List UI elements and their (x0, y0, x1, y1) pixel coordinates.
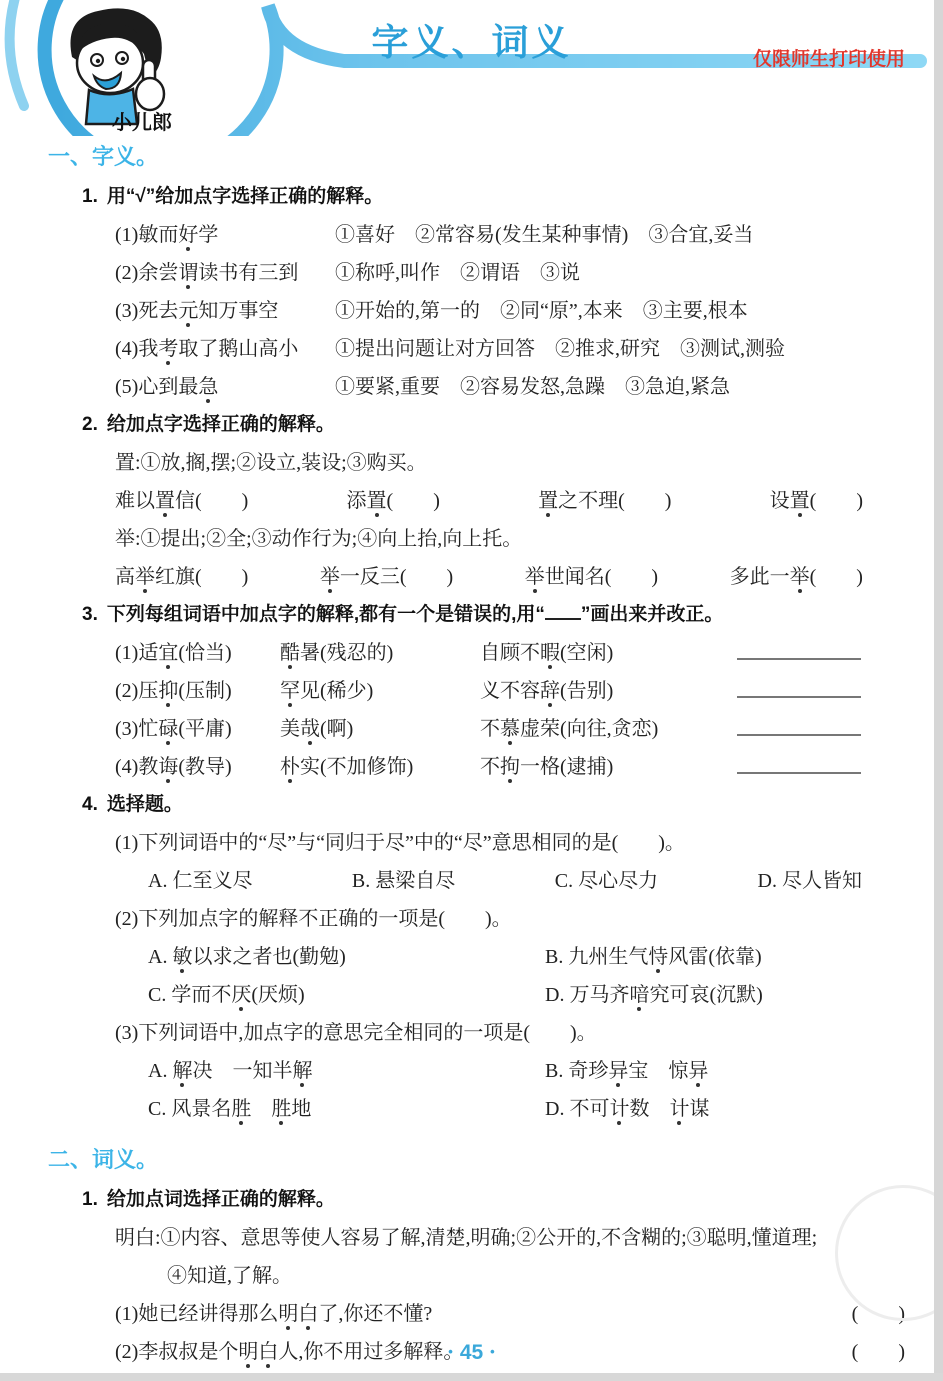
choice-row-2: A. 敏以求之者也(勤勉)B. 九州生气恃风雷(依靠) (148, 945, 910, 969)
gloss-item: 不慕虚荣(向往,贪恋) (480, 717, 658, 741)
emphasized-char: 罕 (280, 680, 300, 702)
text-segment: C. 学而不厌(厌烦) (148, 984, 305, 1006)
text-segment: (1)下列词语中的“尽”与“同归于尽”中的“尽”意思相同的是( )。 (115, 832, 685, 854)
text-segment: 酷暑(残忍的) (280, 642, 393, 664)
emphasized-char: 谓 (178, 262, 198, 284)
question-number: 2. (82, 414, 98, 435)
emphasized-char: 宜 (158, 642, 178, 664)
emphasized-char: 朴 (280, 756, 300, 778)
gloss-item: (2)压抑(压制) (115, 679, 280, 703)
emphasized-char: 诲 (158, 756, 178, 778)
text-segment: (5)心到最急 (115, 376, 218, 398)
text-segment: D. 万马齐喑究可哀(沉默) (545, 984, 763, 1006)
term-options-row: (1)敏而好学①喜好 ②常容易(发生某种事情) ③合宜,妥当 (115, 223, 910, 247)
text-segment: 用“√”给加点字选择正确的解释。 (107, 186, 383, 207)
term-cell: (4)我考取了鹅山高小 (115, 337, 335, 361)
sentence-text: (1)她已经讲得那么明白了,你还不懂? (115, 1302, 432, 1326)
emphasized-char: 白 (298, 1303, 318, 1325)
choice-row-2: C. 学而不厌(厌烦)D. 万马齐喑究可哀(沉默) (148, 983, 910, 1007)
text-segment: (4)教诲(教导) (115, 756, 232, 778)
gloss-item: 不拘一格(逮捕) (480, 755, 613, 779)
text-segment: ①要紧,重要 ②容易发怒,急躁 ③急迫,紧急 (335, 376, 730, 398)
emphasized-char: 胜 (271, 1098, 291, 1120)
term-options-row: (4)我考取了鹅山高小①提出问题让对方回答 ②推求,研究 ③测试,测验 (115, 337, 910, 361)
term-cell: (2)余尝谓读书有三到 (115, 261, 335, 285)
text-segment: (4)我考取了鹅山高小 (115, 338, 298, 360)
section-heading: 一、字义。 (48, 140, 910, 171)
text-segment: (3)下列词语中,加点字的意思完全相同的一项是( )。 (115, 1022, 597, 1044)
answer-blank-line (737, 770, 861, 774)
text-segment: ①开始的,第一的 ②同“原”,本来 ③主要,根本 (335, 300, 748, 322)
question-title-text: 给加点词选择正确的解释。 (107, 1189, 335, 1210)
question-stem: (3)下列词语中,加点字的意思完全相同的一项是( )。 (115, 1021, 910, 1045)
text-segment: ①称呼,叫作 ②谓语 ③说 (335, 262, 580, 284)
text-segment: 难以置信( ) (115, 490, 248, 512)
text-segment: C. 风景名胜 胜地 (148, 1098, 311, 1120)
text-segment: 置:①放,搁,摆;②设立,装设;③购买。 (115, 452, 427, 474)
section-1: 一、字义。1.用“√”给加点字选择正确的解释。(1)敏而好学①喜好 ②常容易(发… (48, 140, 910, 1121)
question-number: 1. (82, 1189, 98, 1210)
text-segment: 举:①提出;②全;③动作行为;④向上抬,向上托。 (115, 528, 522, 550)
question-stem: (1)下列词语中的“尽”与“同归于尽”中的“尽”意思相同的是( )。 (115, 831, 910, 855)
word-gloss-row: (3)忙碌(平庸)美哉(啊)不慕虚荣(向往,贪恋) (115, 717, 861, 741)
emphasized-char: 碌 (158, 718, 178, 740)
idiom-fill-row: 难以置信( )添置( )置之不理( )设置( ) (115, 489, 863, 513)
inline-blank (545, 604, 581, 620)
worksheet-page: 字义、词义 仅限师生打印使用 小儿郎 一、字义。1.用“√”给加点字选择正确的解… (0, 0, 943, 1381)
definition-continuation: ④知道,了解。 (167, 1264, 910, 1288)
emphasized-char: 考 (158, 338, 178, 360)
word-gloss-row: (4)教诲(教导)朴实(不加修饰)不拘一格(逮捕) (115, 755, 861, 779)
definition-line: 置:①放,搁,摆;②设立,装设;③购买。 (115, 451, 910, 475)
idiom-fill-item: 高举红旗( ) (115, 565, 248, 589)
emphasized-char: 计 (609, 1098, 629, 1120)
choice-row-2: C. 风景名胜 胜地D. 不可计数 计谋 (148, 1097, 910, 1121)
text-segment: D. 尽人皆知 (758, 870, 862, 892)
text-segment: 下列每组词语中加点字的解释,都有一个是错误的,用“ (107, 604, 545, 625)
question-number: 4. (82, 794, 98, 815)
emphasized-char: 好 (178, 224, 198, 246)
emphasized-char: 拘 (500, 756, 520, 778)
question-title: 1.给加点词选择正确的解释。 (82, 1188, 910, 1212)
gloss-item: (4)教诲(教导) (115, 755, 280, 779)
question-number: 3. (82, 604, 98, 625)
section-2: 二、词义。1.给加点词选择正确的解释。明白:①内容、意思等使人容易了解,清楚,明… (48, 1143, 910, 1364)
text-segment: ①喜好 ②常容易(发生某种事情) ③合宜,妥当 (335, 224, 753, 246)
options-cell: ①称呼,叫作 ②谓语 ③说 (335, 261, 580, 285)
text-segment: (2)压抑(压制) (115, 680, 232, 702)
emphasized-char: 喑 (629, 984, 649, 1006)
text-segment: (1)敏而好学 (115, 224, 218, 246)
choice-row-2: A. 解决 一知半解B. 奇珍异宝 惊异 (148, 1059, 910, 1083)
sentence-judge-row: (1)她已经讲得那么明白了,你还不懂?( ) (115, 1302, 905, 1326)
choice-item: A. 敏以求之者也(勤勉) (148, 945, 545, 969)
emphasized-char: 辞 (540, 680, 560, 702)
gloss-item: 自顾不暇(空闲) (480, 641, 613, 665)
options-cell: ①要紧,重要 ②容易发怒,急躁 ③急迫,紧急 (335, 375, 730, 399)
emphasized-char: 慕 (500, 718, 520, 740)
emphasized-char: 厌 (231, 984, 251, 1006)
choice-item: B. 悬梁自尽 (352, 869, 455, 893)
text-segment: 给加点字选择正确的解释。 (107, 414, 335, 435)
text-segment: 高举红旗( ) (115, 566, 248, 588)
text-segment: 自顾不暇(空闲) (480, 642, 613, 664)
emphasized-char: 急 (198, 376, 218, 398)
question-title-text: 下列每组词语中加点字的解释,都有一个是错误的,用“”画出来并改正。 (107, 604, 724, 625)
text-segment: 设置( ) (770, 490, 863, 512)
word-gloss-row: (2)压抑(压制)罕见(稀少)义不容辞(告别) (115, 679, 861, 703)
question-number: 1. (82, 186, 98, 207)
question-title: 1.用“√”给加点字选择正确的解释。 (82, 185, 910, 209)
emphasized-char: 胜 (231, 1098, 251, 1120)
term-cell: (1)敏而好学 (115, 223, 335, 247)
answer-blank-line (737, 732, 861, 736)
gloss-item: 美哉(啊) (280, 717, 480, 741)
idiom-fill-item: 多此一举( ) (730, 565, 863, 589)
emphasized-char: 置 (538, 490, 558, 512)
text-segment: 添置( ) (347, 490, 440, 512)
emphasized-char: 敏 (172, 946, 192, 968)
choice-item: C. 学而不厌(厌烦) (148, 983, 545, 1007)
choice-item: D. 万马齐喑究可哀(沉默) (545, 983, 763, 1007)
choice-row-4: A. 仁至义尽B. 悬梁自尽C. 尽心尽力D. 尽人皆知 (148, 869, 862, 893)
footer-bullet-left: • (441, 1344, 460, 1359)
text-segment: A. 仁至义尽 (148, 870, 252, 892)
emphasized-char: 举 (320, 566, 340, 588)
emphasized-char: 抑 (158, 680, 178, 702)
text-segment: 置之不理( ) (538, 490, 671, 512)
term-cell: (3)死去元知万事空 (115, 299, 335, 323)
options-cell: ①提出问题让对方回答 ②推求,研究 ③测试,测验 (335, 337, 785, 361)
text-segment: 举世闻名( ) (525, 566, 658, 588)
choice-item: D. 尽人皆知 (758, 869, 862, 893)
text-segment: ”画出来并改正。 (581, 604, 724, 625)
emphasized-char: 哉 (300, 718, 320, 740)
text-segment: C. 尽心尽力 (555, 870, 658, 892)
emphasized-char: 明 (278, 1303, 298, 1325)
answer-blank-line (737, 694, 861, 698)
text-segment: 不慕虚荣(向往,贪恋) (480, 718, 658, 740)
worksheet-content: 一、字义。1.用“√”给加点字选择正确的解释。(1)敏而好学①喜好 ②常容易(发… (48, 140, 910, 1378)
emphasized-char: 置 (790, 490, 810, 512)
idiom-fill-item: 举一反三( ) (320, 565, 453, 589)
term-options-row: (3)死去元知万事空①开始的,第一的 ②同“原”,本来 ③主要,根本 (115, 299, 910, 323)
text-segment: (1)她已经讲得那么明白了,你还不懂? (115, 1303, 432, 1325)
idiom-fill-item: 添置( ) (347, 489, 440, 513)
emphasized-char: 异 (608, 1060, 628, 1082)
emphasized-char: 置 (155, 490, 175, 512)
question-title-text: 用“√”给加点字选择正确的解释。 (107, 186, 383, 207)
text-segment: ④知道,了解。 (167, 1265, 292, 1287)
text-segment: D. 不可计数 计谋 (545, 1098, 709, 1120)
text-segment: 多此一举( ) (730, 566, 863, 588)
text-segment: B. 奇珍异宝 惊异 (545, 1060, 708, 1082)
text-segment: (2)下列加点字的解释不正确的一项是( )。 (115, 908, 512, 930)
text-segment: 选择题。 (107, 794, 183, 815)
question-stem: (2)下列加点字的解释不正确的一项是( )。 (115, 907, 910, 931)
page-footer: •45• (0, 1341, 943, 1365)
text-segment: (3)忙碌(平庸) (115, 718, 232, 740)
gloss-item: 酷暑(残忍的) (280, 641, 480, 665)
emphasized-char: 置 (367, 490, 387, 512)
term-cell: (5)心到最急 (115, 375, 335, 399)
choice-item: D. 不可计数 计谋 (545, 1097, 709, 1121)
question-title: 2.给加点字选择正确的解释。 (82, 413, 910, 437)
question-title: 4.选择题。 (82, 793, 910, 817)
text-segment: 美哉(啊) (280, 718, 353, 740)
term-options-row: (5)心到最急①要紧,重要 ②容易发怒,急躁 ③急迫,紧急 (115, 375, 910, 399)
text-segment: (1)适宜(恰当) (115, 642, 232, 664)
gloss-item: 罕见(稀少) (280, 679, 480, 703)
term-options-row: (2)余尝谓读书有三到①称呼,叫作 ②谓语 ③说 (115, 261, 910, 285)
mascot-label: 小儿郎 (82, 106, 202, 135)
idiom-fill-item: 难以置信( ) (115, 489, 248, 513)
answer-blank-line (737, 656, 861, 660)
choice-item: B. 奇珍异宝 惊异 (545, 1059, 708, 1083)
emphasized-char: 举 (525, 566, 545, 588)
text-segment: A. 解决 一知半解 (148, 1060, 312, 1082)
scan-edge-right (934, 0, 943, 1381)
text-segment: 举一反三( ) (320, 566, 453, 588)
choice-item: A. 仁至义尽 (148, 869, 252, 893)
gloss-item: 朴实(不加修饰) (280, 755, 480, 779)
emphasized-char: 暇 (540, 642, 560, 664)
emphasized-char: 举 (135, 566, 155, 588)
print-notice: 仅限师生打印使用 (753, 44, 905, 71)
choice-item: C. 风景名胜 胜地 (148, 1097, 545, 1121)
text-segment: ①提出问题让对方回答 ②推求,研究 ③测试,测验 (335, 338, 785, 360)
emphasized-char: 恃 (648, 946, 668, 968)
gloss-item: 义不容辞(告别) (480, 679, 613, 703)
text-segment: 罕见(稀少) (280, 680, 373, 702)
idiom-fill-row: 高举红旗( )举一反三( )举世闻名( )多此一举( ) (115, 565, 863, 589)
text-segment: (3)死去元知万事空 (115, 300, 278, 322)
text-segment: 不拘一格(逮捕) (480, 756, 613, 778)
definition-line: 举:①提出;②全;③动作行为;④向上抬,向上托。 (115, 527, 910, 551)
choice-item: A. 解决 一知半解 (148, 1059, 545, 1083)
emphasized-char: 解 (172, 1060, 192, 1082)
gloss-item: (3)忙碌(平庸) (115, 717, 280, 741)
page-number: 45 (460, 1341, 483, 1364)
gloss-item: (1)适宜(恰当) (115, 641, 280, 665)
emphasized-char: 元 (178, 300, 198, 322)
emphasized-char: 计 (669, 1098, 689, 1120)
text-segment: A. 敏以求之者也(勤勉) (148, 946, 346, 968)
question-title-text: 给加点字选择正确的解释。 (107, 414, 335, 435)
choice-item: C. 尽心尽力 (555, 869, 658, 893)
text-segment: 给加点词选择正确的解释。 (107, 1189, 335, 1210)
text-segment: 明白:①内容、意思等使人容易了解,清楚,明确;②公开的,不含糊的;③聪明,懂道理… (115, 1227, 817, 1249)
text-segment: B. 九州生气恃风雷(依靠) (545, 946, 762, 968)
options-cell: ①开始的,第一的 ②同“原”,本来 ③主要,根本 (335, 299, 748, 323)
emphasized-char: 酷 (280, 642, 300, 664)
emphasized-char: 解 (292, 1060, 312, 1082)
text-segment: B. 悬梁自尽 (352, 870, 455, 892)
section-heading: 二、词义。 (48, 1143, 910, 1174)
word-gloss-row: (1)适宜(恰当)酷暑(残忍的)自顾不暇(空闲) (115, 641, 861, 665)
idiom-fill-item: 举世闻名( ) (525, 565, 658, 589)
footer-bullet-right: • (483, 1344, 502, 1359)
page-header: 字义、词义 仅限师生打印使用 小儿郎 (0, 0, 943, 140)
choice-item: B. 九州生气恃风雷(依靠) (545, 945, 762, 969)
text-segment: 朴实(不加修饰) (280, 756, 413, 778)
text-segment: 义不容辞(告别) (480, 680, 613, 702)
scan-edge-bottom (0, 1373, 943, 1381)
idiom-fill-item: 置之不理( ) (538, 489, 671, 513)
idiom-fill-item: 设置( ) (770, 489, 863, 513)
text-segment: (2)余尝谓读书有三到 (115, 262, 298, 284)
emphasized-char: 举 (790, 566, 810, 588)
emphasized-char: 异 (688, 1060, 708, 1082)
question-title: 3.下列每组词语中加点字的解释,都有一个是错误的,用“”画出来并改正。 (82, 603, 910, 627)
question-title-text: 选择题。 (107, 794, 183, 815)
definition-line: 明白:①内容、意思等使人容易了解,清楚,明确;②公开的,不含糊的;③聪明,懂道理… (115, 1226, 910, 1250)
options-cell: ①喜好 ②常容易(发生某种事情) ③合宜,妥当 (335, 223, 753, 247)
